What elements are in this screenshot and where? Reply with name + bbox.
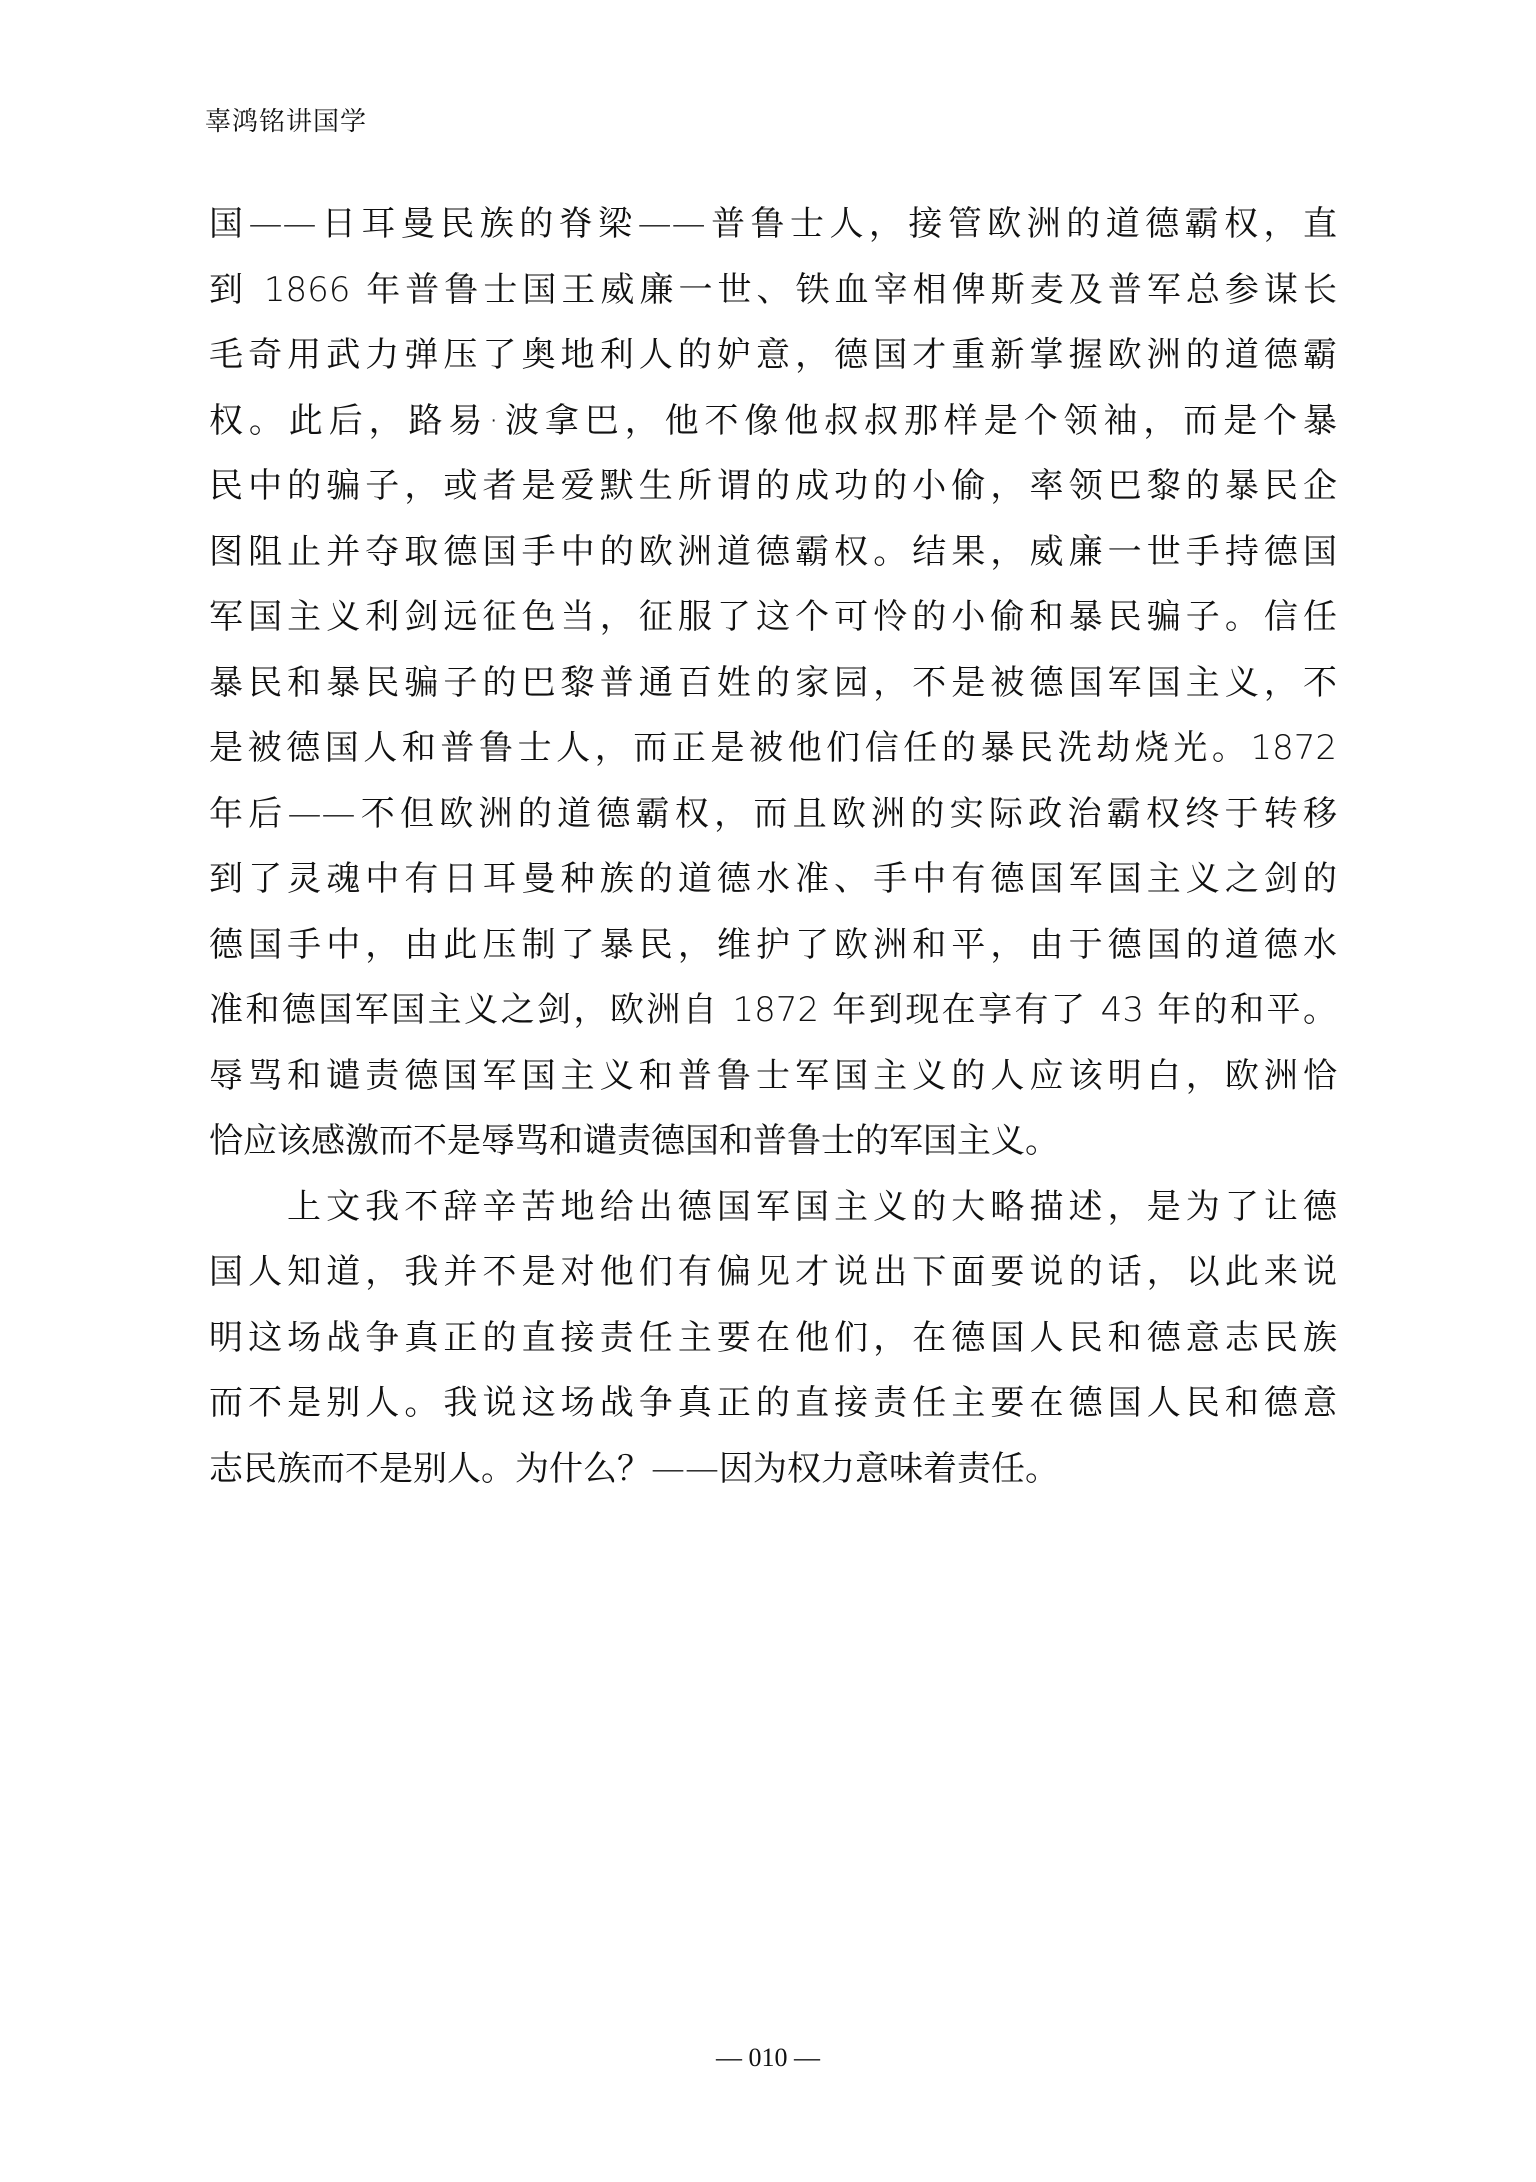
text-line: 年后——不但欧洲的道德霸权，而且欧洲的实际政治霸权终于转移 — [209, 790, 1337, 856]
text-line: 是被德国人和普鲁士人，而正是被他们信任的暴民洗劫烧光。1872 — [209, 724, 1337, 790]
running-header-title: 辜鸿铭讲国学 — [205, 104, 367, 140]
text-line: 暴民和暴民骗子的巴黎普通百姓的家园，不是被德国军国主义，不 — [209, 659, 1337, 725]
text-line: 军国主义利剑远征色当，征服了这个可怜的小偷和暴民骗子。信任 — [209, 593, 1337, 659]
text-line: 明这场战争真正的直接责任主要在他们，在德国人民和德意志民族 — [209, 1314, 1337, 1380]
paragraph-1: 国——日耳曼民族的脊梁——普鲁士人，接管欧洲的道德霸权，直 到 1866 年普鲁… — [209, 200, 1337, 1183]
text-line: 国——日耳曼民族的脊梁——普鲁士人，接管欧洲的道德霸权，直 — [209, 200, 1337, 266]
document-page: 辜鸿铭讲国学 国——日耳曼民族的脊梁——普鲁士人，接管欧洲的道德霸权，直 到 1… — [0, 0, 1536, 2182]
text-line: 到了灵魂中有日耳曼种族的道德水准、手中有德国军国主义之剑的 — [209, 855, 1337, 921]
body-text: 国——日耳曼民族的脊梁——普鲁士人，接管欧洲的道德霸权，直 到 1866 年普鲁… — [209, 200, 1337, 1510]
text-line: 图阻止并夺取德国手中的欧洲道德霸权。结果，威廉一世手持德国 — [209, 528, 1337, 594]
text-line: 到 1866 年普鲁士国王威廉一世、铁血宰相俾斯麦及普军总参谋长 — [209, 266, 1337, 332]
text-line: 民中的骗子，或者是爱默生所谓的成功的小偷，率领巴黎的暴民企 — [209, 462, 1337, 528]
text-line: 上文我不辞辛苦地给出德国军国主义的大略描述，是为了让德 — [209, 1183, 1337, 1249]
paragraph-2: 上文我不辞辛苦地给出德国军国主义的大略描述，是为了让德 国人知道，我并不是对他们… — [209, 1183, 1337, 1511]
text-line: 国人知道，我并不是对他们有偏见才说出下面要说的话，以此来说 — [209, 1248, 1337, 1314]
text-line: 毛奇用武力弹压了奥地利人的妒意，德国才重新掌握欧洲的道德霸 — [209, 331, 1337, 397]
text-line: 准和德国军国主义之剑，欧洲自 1872 年到现在享有了 43 年的和平。 — [209, 986, 1337, 1052]
page-number: — 010 — — [0, 2040, 1536, 2076]
text-line: 权。此后，路易·波拿巴，他不像他叔叔那样是个领袖，而是个暴 — [209, 397, 1337, 463]
text-line: 恰应该感激而不是辱骂和谴责德国和普鲁士的军国主义。 — [209, 1117, 1337, 1183]
text-line: 志民族而不是别人。为什么？——因为权力意味着责任。 — [209, 1445, 1337, 1511]
text-line: 而不是别人。我说这场战争真正的直接责任主要在德国人民和德意 — [209, 1379, 1337, 1445]
text-line: 德国手中，由此压制了暴民，维护了欧洲和平，由于德国的道德水 — [209, 921, 1337, 987]
text-line: 辱骂和谴责德国军国主义和普鲁士军国主义的人应该明白，欧洲恰 — [209, 1052, 1337, 1118]
